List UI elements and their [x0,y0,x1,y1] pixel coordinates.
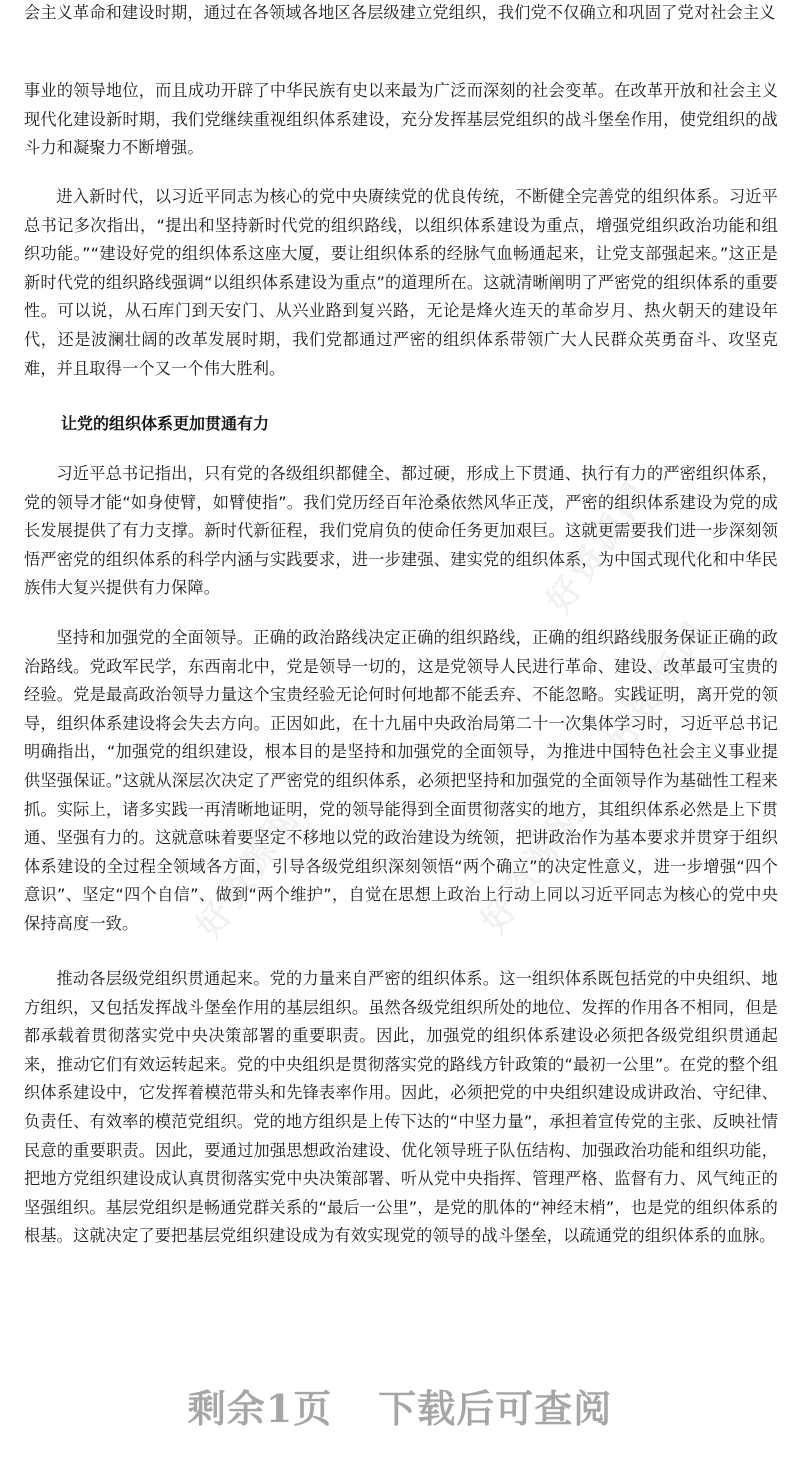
download-prompt-label: 下载后可查阅 [378,1386,612,1431]
document-page: 好资源网 好资源网 好资源网 好资源网 会主义革命和建设时期，通过在各领域各地区… [0,0,800,1478]
paragraph-fragment-top: 会主义革命和建设时期，通过在各领域各地区各层级建立党组织，我们党不仅确立和巩固了… [24,0,778,28]
paragraph-4: 坚持和加强党的全面领导。正确的政治路线决定正确的组织路线，正确的组织路线服务保证… [24,624,778,939]
section-heading: 让党的组织体系更加贯通有力 [61,410,269,438]
remaining-pages-label: 剩余1页 [188,1386,332,1431]
paragraph-3: 习近平总书记指出，只有党的各级组织都健全、都过硬，形成上下贯通、执行有力的严密组… [24,460,778,603]
paragraph-5: 推动各层级党组织贯通起来。党的力量来自严密的组织体系。这一组织体系既包括党的中央… [24,965,778,1251]
download-more-banner[interactable]: 剩余1页下载后可查阅 [0,1378,800,1433]
paragraph-2: 进入新时代，以习近平同志为核心的党中央赓续党的优良传统，不断健全完善党的组织体系… [24,183,778,383]
paragraph-1: 事业的领导地位，而且成功开辟了中华民族有史以来最为广泛而深刻的社会变革。在改革开… [24,77,778,163]
